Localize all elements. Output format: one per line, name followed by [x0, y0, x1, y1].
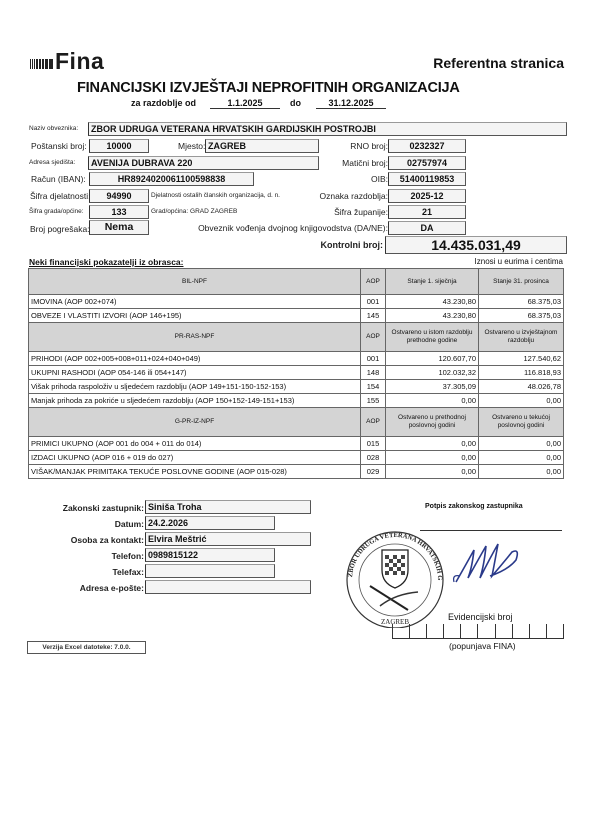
table-header-cell: Ostvareno u istom razdoblju prethodne go… — [386, 323, 479, 352]
errors-field[interactable]: Nema — [89, 220, 149, 235]
row-value-current: 0,00 — [479, 437, 564, 451]
table-row: Višak prihoda raspoloživ u sljedećem raz… — [29, 380, 564, 394]
table-header-row: G-PR-IZ-NPFAOPOstvareno u prethodnoj pos… — [29, 408, 564, 437]
rep-label: Zakonski zastupnik: — [63, 501, 144, 515]
fina-logo: Fina — [30, 50, 104, 72]
table-header-cell: G-PR-IZ-NPF — [29, 408, 361, 437]
table-header-cell: Ostvareno u izvještajnom razdoblju — [479, 323, 564, 352]
double-entry-label: Obveznik vođenja dvojnog knjigovodstva (… — [198, 221, 388, 235]
city-code-label: Šifra grada/općine: — [29, 205, 84, 219]
email-field[interactable] — [145, 580, 311, 594]
double-entry-field[interactable]: DA — [388, 221, 466, 235]
city-desc: Grad/općina: GRAD ZAGREB — [151, 205, 237, 219]
address-label: Adresa sjedišta: — [29, 156, 75, 170]
logo-bars-icon — [30, 55, 53, 69]
table-row: Manjak prihoda za pokriće u sljedećem ra… — [29, 394, 564, 408]
table-header-cell: Stanje 1. siječnja — [386, 269, 479, 295]
row-label: UKUPNI RASHODI (AOP 054-146 ili 054+147) — [29, 366, 361, 380]
row-label: IMOVINA (AOP 002+074) — [29, 295, 361, 309]
period-to-label: do — [290, 98, 301, 108]
row-aop: 001 — [361, 352, 386, 366]
row-value-current: 68.375,03 — [479, 295, 564, 309]
city-field[interactable]: ZAGREB — [205, 139, 319, 153]
signature-icon — [450, 538, 530, 588]
signature-label: Potpis zakonskog zastupnika — [425, 503, 523, 510]
oib-field[interactable]: 51400119853 — [388, 172, 466, 186]
version-label: Verzija Excel datoteke: 7.0.0. — [27, 641, 146, 654]
period-from: 1.1.2025 — [210, 98, 280, 109]
evid-note: (popunjava FINA) — [449, 641, 516, 651]
table-header-row: BIL-NPFAOPStanje 1. siječnjaStanje 31. p… — [29, 269, 564, 295]
row-value-previous: 102.032,32 — [386, 366, 479, 380]
row-label: VIŠAK/MANJAK PRIMITAKA TEKUĆE POSLOVNE G… — [29, 465, 361, 479]
name-field[interactable]: ZBOR UDRUGA VETERANA HRVATSKIH GARDIJSKI… — [88, 122, 567, 136]
row-value-previous: 43.230,80 — [386, 309, 479, 323]
activity-code-field[interactable]: 94990 — [89, 189, 149, 203]
oib-label: OIB: — [371, 172, 388, 186]
date-label: Datum: — [115, 517, 144, 531]
email-label: Adresa e-pošte: — [80, 581, 144, 595]
table-header-cell: PR-RAS-NPF — [29, 323, 361, 352]
fax-field[interactable] — [145, 564, 275, 578]
table-header-cell: Stanje 31. prosinca — [479, 269, 564, 295]
row-label: Manjak prihoda za pokriće u sljedećem ra… — [29, 394, 361, 408]
period-code-label: Oznaka razdoblja: — [319, 189, 388, 203]
rno-field[interactable]: 0232327 — [388, 139, 466, 153]
row-aop: 154 — [361, 380, 386, 394]
row-value-current: 127.540,62 — [479, 352, 564, 366]
period-to: 31.12.2025 — [316, 98, 386, 109]
control-label: Kontrolni broj: — [321, 238, 384, 252]
address-field[interactable]: AVENIJA DUBRAVA 220 — [88, 156, 319, 170]
stamp-icon: ZBOR UDRUGA VETERANA HRVATSKIH GARDIJSKI… — [340, 528, 450, 628]
table-row: IMOVINA (AOP 002+074)00143.230,8068.375,… — [29, 295, 564, 309]
phone-field[interactable]: 0989815122 — [145, 548, 275, 562]
activity-desc: Djelatnosti ostalih članskih organizacij… — [151, 189, 280, 203]
table-row: OBVEZE I VLASTITI IZVORI (AOP 146+195)14… — [29, 309, 564, 323]
row-value-previous: 0,00 — [386, 394, 479, 408]
row-label: PRIHODI (AOP 002+005+008+011+024+040+049… — [29, 352, 361, 366]
phone-label: Telefon: — [112, 549, 144, 563]
table-header-cell: AOP — [361, 408, 386, 437]
row-value-previous: 43.230,80 — [386, 295, 479, 309]
evid-number-boxes[interactable] — [392, 624, 564, 639]
table-row: VIŠAK/MANJAK PRIMITAKA TEKUĆE POSLOVNE G… — [29, 465, 564, 479]
table-header-cell: Ostvareno u tekućoj poslovnoj godini — [479, 408, 564, 437]
city-label: Mjesto: — [178, 139, 205, 153]
postal-field[interactable]: 10000 — [89, 139, 149, 153]
row-value-current: 0,00 — [479, 465, 564, 479]
city-code-field[interactable]: 133 — [89, 205, 149, 219]
county-label: Šifra županije: — [334, 205, 388, 219]
row-aop: 001 — [361, 295, 386, 309]
table-row: IZDACI UKUPNO (AOP 016 + 019 do 027)0280… — [29, 451, 564, 465]
row-aop: 148 — [361, 366, 386, 380]
person-field[interactable]: Elvira Meštrić — [145, 532, 311, 546]
row-label: PRIMICI UKUPNO (AOP 001 do 004 + 011 do … — [29, 437, 361, 451]
row-value-previous: 0,00 — [386, 437, 479, 451]
county-field[interactable]: 21 — [388, 205, 466, 219]
indicators-title: Neki financijski pokazatelji iz obrasca: — [29, 257, 183, 267]
row-aop: 029 — [361, 465, 386, 479]
row-value-previous: 0,00 — [386, 465, 479, 479]
iban-field[interactable]: HR8924020061100598838 — [89, 172, 254, 186]
row-label: Višak prihoda raspoloživ u sljedećem raz… — [29, 380, 361, 394]
evid-label: Evidencijski broj — [448, 612, 513, 622]
table-header-row: PR-RAS-NPFAOPOstvareno u istom razdoblju… — [29, 323, 564, 352]
row-value-previous: 0,00 — [386, 451, 479, 465]
row-aop: 028 — [361, 451, 386, 465]
person-label: Osoba za kontakt: — [71, 533, 144, 547]
row-label: IZDACI UKUPNO (AOP 016 + 019 do 027) — [29, 451, 361, 465]
table-header-cell: Ostvareno u prethodnoj poslovnoj godini — [386, 408, 479, 437]
mb-label: Matični broj: — [342, 156, 388, 170]
row-value-current: 0,00 — [479, 451, 564, 465]
period-from-label: za razdoblje od — [131, 98, 196, 108]
table-header-cell: BIL-NPF — [29, 269, 361, 295]
rep-field[interactable]: Siniša Troha — [145, 500, 311, 514]
activity-code-label: Šifra djelatnosti: — [30, 189, 90, 203]
table-row: PRIMICI UKUPNO (AOP 001 do 004 + 011 do … — [29, 437, 564, 451]
row-value-current: 0,00 — [479, 394, 564, 408]
row-value-previous: 120.607,70 — [386, 352, 479, 366]
row-value-current: 68.375,03 — [479, 309, 564, 323]
row-aop: 015 — [361, 437, 386, 451]
table-header-cell: AOP — [361, 269, 386, 295]
date-field[interactable]: 24.2.2026 — [145, 516, 275, 530]
row-value-current: 116.818,93 — [479, 366, 564, 380]
fax-label: Telefax: — [113, 565, 145, 579]
errors-label: Broj pogrešaka: — [30, 222, 90, 236]
logo-text: Fina — [55, 50, 104, 72]
period-code-field[interactable]: 2025-12 — [388, 189, 466, 203]
postal-label: Poštanski broj: — [31, 139, 87, 153]
row-label: OBVEZE I VLASTITI IZVORI (AOP 146+195) — [29, 309, 361, 323]
table-header-cell: AOP — [361, 323, 386, 352]
table-row: UKUPNI RASHODI (AOP 054-146 ili 054+147)… — [29, 366, 564, 380]
indicators-table: BIL-NPFAOPStanje 1. siječnjaStanje 31. p… — [28, 268, 564, 479]
page-title: FINANCIJSKI IZVJEŠTAJI NEPROFITNIH ORGAN… — [77, 80, 460, 96]
iban-label: Račun (IBAN): — [31, 172, 86, 186]
control-field[interactable]: 14.435.031,49 — [385, 236, 567, 254]
currency-note: Iznosi u eurima i centima — [475, 257, 563, 266]
row-aop: 145 — [361, 309, 386, 323]
reference-page-label: Referentna stranica — [433, 55, 564, 71]
rno-label: RNO broj: — [350, 139, 388, 153]
row-aop: 155 — [361, 394, 386, 408]
row-value-previous: 37.305,09 — [386, 380, 479, 394]
table-row: PRIHODI (AOP 002+005+008+011+024+040+049… — [29, 352, 564, 366]
row-value-current: 48.026,78 — [479, 380, 564, 394]
name-label: Naziv obveznika: — [29, 122, 78, 136]
mb-field[interactable]: 02757974 — [388, 156, 466, 170]
